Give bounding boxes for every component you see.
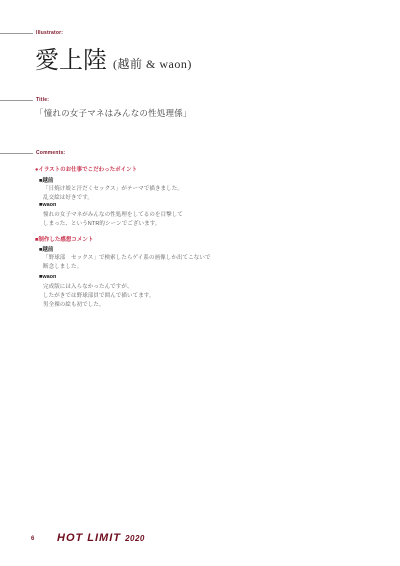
work-title: 「憧れの女子マネはみんなの性処理係」 [35, 107, 192, 119]
comment-block2-heading: ■制作した感想コメント [35, 235, 93, 243]
comment-author: ■waon [39, 274, 56, 280]
comment-author: ■waon [39, 202, 56, 208]
credits-page: { "illustrator": { "label": "Illustrator… [0, 0, 400, 566]
title-rule [0, 100, 33, 101]
illustrator-rule [0, 33, 33, 34]
comment-author: ■越前 [39, 245, 53, 253]
comment-line: 憧れの女子マネがみんなの性処理をしてるのを目撃して [43, 210, 183, 218]
comment-line: 「野球部 セックス」で検索したらゲイ系の画像しか出てこないで [43, 253, 211, 261]
logo-main-text: HOT LIMIT [57, 532, 121, 544]
title-label: Title: [36, 97, 49, 103]
comment-line: しまった、というNTR的シーンでございます。 [43, 219, 160, 227]
comment-line: 男全裸の絵も初でした。 [43, 300, 105, 308]
illustrator-name-sub: (越前 & waon) [113, 57, 192, 71]
comments-label: Comments: [36, 150, 65, 156]
comment-line: 断念しました。 [43, 262, 82, 270]
comment-line: 乱交絵は好きです。 [43, 193, 93, 201]
illustrator-label: Illustrator: [36, 30, 63, 36]
hot-limit-logo: HOT LIMIT 2020 [57, 532, 145, 544]
comment-block1-heading: ●イラストのお仕事でこだわったポイント [35, 165, 137, 173]
page-number: 6 [31, 536, 34, 542]
illustrator-name-main: 愛上陸 [35, 48, 107, 74]
comment-line: したがきでは野球部員で囲んで描いてます。 [43, 291, 155, 299]
comment-line: 「日焼け娘と汗だくセックス」がテーマで描きました。 [43, 184, 183, 192]
comments-rule [0, 153, 33, 154]
illustrator-name: 愛上陸 (越前 & waon) [35, 40, 192, 75]
comment-line: 完成版には入らなかったんですが、 [43, 282, 133, 290]
logo-year-text: 2020 [125, 534, 145, 543]
comment-author: ■越前 [39, 176, 53, 184]
